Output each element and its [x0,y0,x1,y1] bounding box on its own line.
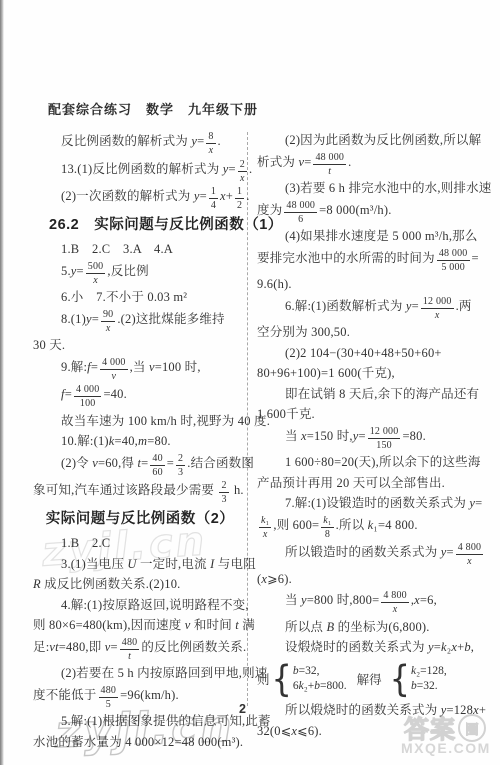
stamp-site-text: MXQE.COM [401,740,491,756]
math-variable: b [293,665,299,677]
text-line: 所以点 B 的坐标为(6,800). [257,618,493,636]
system-of-equations: {b=32,6k₂+b=800. [270,663,347,695]
fraction: 4 800x [381,590,409,615]
text-line: 8.(1)y=90x.(2)这批煤能多维持 [33,309,247,334]
math-variable: y [353,429,359,443]
math-variable: k [441,640,447,654]
text-line: (2)一次函数的解析式为 y=14x+12. [33,186,247,211]
text-line: (2)因为此函数为反比例函数,所以解 [257,131,493,149]
fraction: 8x [206,131,215,156]
math-variable: b [411,680,417,692]
text-line: 则 80×6=480(km),因而速度 v 和时间 t 满 [33,616,247,634]
text-line: 1.B 2.C 3.A 4.A [33,240,247,258]
text-line: 析式为 v=48 000t. [257,152,493,177]
text-line: 10.解:(1)k=40,m=80. [33,432,247,450]
math-variable: b [314,680,320,692]
math-variable: k [261,515,266,526]
subsection-heading: 实际问题与反比例函数（2） [33,510,247,528]
text-line: 要排完水池中的水所需的时间为48 0005 000= [257,248,493,273]
math-variable: y [301,593,307,607]
math-variable: t [328,166,331,177]
text-line: 5.解:(1)根据图象提供的信息可知,此蓄 [33,712,247,730]
text-line: R 成反比例函数关系.(2)10. [33,575,247,593]
math-variable: x [93,275,98,286]
math-variable: y [194,189,200,203]
text-line: (2)令 v=60,得 t=4060=23.结合函数图 [33,453,247,478]
math-variable: x [414,593,420,607]
math-variable: k [299,680,304,692]
math-variable: k [323,515,328,526]
math-variable: t [235,618,239,632]
left-column: 反比例函数的解析式为 y=8x.13.(1)反比例函数的解析式为 y=2x.(2… [33,131,247,753]
math-variable: x [209,145,214,156]
text-line: 6.解:(1)函数解析式为 y=12 000x.两 [257,296,493,321]
fraction: 48 0006 [284,200,317,225]
math-variable: b [464,640,470,654]
fraction: 12 000x [421,296,454,321]
math-variable: R [33,577,41,591]
fraction: 12 [235,186,244,211]
fraction: 23 [219,480,228,505]
text-line: 即在试销 8 天后,余下的海产品还有 [257,385,493,403]
math-variable: v [185,618,191,632]
equation-row: b=32, [293,664,347,679]
text-line: k₁x,则 600=k₁8.所以 k₁=4 800. [257,515,493,540]
math-variable: y [469,496,475,510]
math-variable: y [406,299,412,313]
text-line: 7.解:(1)设锻造时的函数关系式为 y= [257,494,493,512]
text-line: 水池的蓄水量为 4 000×12=48 000(m³). [33,733,247,751]
fraction: 4060 [150,453,164,478]
text-line: (2)2 104−(30+40+48+50+60+ [257,344,493,362]
text-line: 9.6(h). [257,275,493,293]
text-line: 足:vt=480,即 v=480t的反比例函数关系. [33,637,247,662]
text-line: 当 y=800 时,800=4 800x,x=6, [257,590,493,615]
text-line: (3)若要 6 h 排完水池中的水,则排水速 [257,179,493,197]
fraction: 4805 [99,685,119,710]
math-variable: y [428,640,434,654]
math-variable: y [86,312,92,326]
fraction: 500x [86,261,106,286]
math-variable: vt [49,640,58,654]
math-variable: I [210,557,214,571]
equation-row: 6k₂+b=800. [293,679,347,694]
text-line: 度不能低于4805=96(km/h). [33,685,247,710]
workbook-answer-page: zyjl.cn 配套综合练习 数学 九年级下册 反比例函数的解析式为 y=8x.… [0,0,500,765]
text-line: 所以煅烧时的函数关系式为 y=128x+ [257,701,493,719]
math-variable: f [87,360,91,374]
math-variable: x [451,640,457,654]
math-variable: y [191,134,197,148]
math-variable: x [240,173,245,184]
system-of-equations: {k₂=128,b=32. [388,663,447,695]
math-variable: v [112,371,117,382]
fraction: 480t [120,637,140,662]
math-variable: y [223,162,229,176]
text-line: 故当车速为 100 km/h 时,视野为 40 度. [33,412,247,430]
fraction: 23 [176,453,185,478]
fraction: 4 000v [100,357,128,382]
fraction: 48 0005 000 [437,248,470,273]
text-line: 1.B 2.C [33,534,247,552]
math-variable: x [393,604,398,615]
text-line: 9.解:f=4 000v,当 v=100 时, [33,357,247,382]
text-line: 产品预计再用 20 天可以全部售出. [257,474,493,492]
math-variable: y [441,545,447,559]
fraction: k₁x [259,515,271,540]
text-line: (2)若要在 5 h 内按原路回到甲地,则速 [33,664,247,682]
fraction: 4 800x [456,542,484,567]
text-line: 3.(1)当电压 U 一定时,电流 I 与电阻 [33,555,247,573]
math-variable: v [92,456,98,470]
section-heading: 26.2 实际问题与反比例函数（1） [49,216,247,234]
text-line: 4.解:(1)按原路返回,说明路程不变, [33,596,247,614]
text-line: 1 600÷80=20(天),所以余下的这些海 [257,453,493,471]
math-variable: x [291,724,297,738]
text-line: 1 600千克. [257,405,493,423]
math-variable: t [137,456,141,470]
math-variable: B [326,620,334,634]
math-variable: v [149,360,155,374]
math-variable: t [128,651,131,662]
text-line: 度为48 0006=8 000(m³/h). [257,200,493,225]
fraction: 48 000t [313,152,346,177]
math-variable: y [71,264,77,278]
text-line: 所以锻造时的函数关系式为 y=4 800x [257,542,493,567]
fraction: 90x [101,309,115,334]
equation-row: k₂=128, [411,664,447,679]
brace-icon: { [272,660,292,697]
text-line: (x⩾6). [257,570,493,588]
scan-edge-shadow [0,0,4,765]
math-variable: m [138,434,147,448]
math-variable: x [301,429,307,443]
text-line: 5.y=500x,反比例 [33,261,247,286]
text-line: 13.(1)反比例函数的解析式为 y=2x. [33,159,247,184]
fraction: 4 000100 [74,384,102,409]
right-column: (2)因为此函数为反比例函数,所以解析式为 v=48 000t.(3)若要 6 … [257,131,493,742]
math-variable: U [127,557,136,571]
math-variable: x [106,323,111,334]
text-line: 反比例函数的解析式为 y=8x. [33,131,247,156]
math-variable: v [105,640,111,654]
text-line: 80+96+100)=1 600(千克), [257,364,493,382]
text-line: 当 x=150 时,y=12 000150=80. [257,426,493,451]
fraction: k₁8 [321,515,333,540]
math-variable: x [467,556,472,567]
text-line: 象可知,汽车通过该路段最少需要 23 h. [33,480,247,505]
math-variable: f [61,387,65,401]
text-line: f=4 000100=40. [33,384,247,409]
math-variable: y [441,703,447,717]
text-line: 32(0⩽x⩽6). [257,722,493,740]
math-variable: k [411,665,416,677]
math-variable: k [368,518,374,532]
math-variable: x [261,572,267,586]
text-line: 设煅烧时的函数关系式为 y=k₂x+b, [257,638,493,656]
fraction: 12 000150 [368,426,401,451]
text-line: 空分别为 300,50. [257,323,493,341]
math-variable: x [435,310,440,321]
equation-system-line: 则{b=32,6k₂+b=800.解得{k₂=128,b=32. [257,659,493,699]
text-line: (4)如果排水速度是 5 000 m³/h,那么 [257,227,493,245]
math-variable: x [220,189,226,203]
page-header: 配套综合练习 数学 九年级下册 [48,99,258,118]
fraction: 2x [238,159,247,184]
text-line: 6.小 7.不小于 0.03 m² [33,288,247,306]
brace-icon: { [390,660,410,697]
fraction: 14 [209,186,218,211]
text-line: 30 天. [33,336,247,354]
math-variable: k [109,434,115,448]
math-variable: x [263,529,268,540]
equation-row: b=32. [411,679,447,694]
math-variable: x [473,703,479,717]
math-variable: v [298,155,304,169]
page-number: 2 [239,702,246,716]
